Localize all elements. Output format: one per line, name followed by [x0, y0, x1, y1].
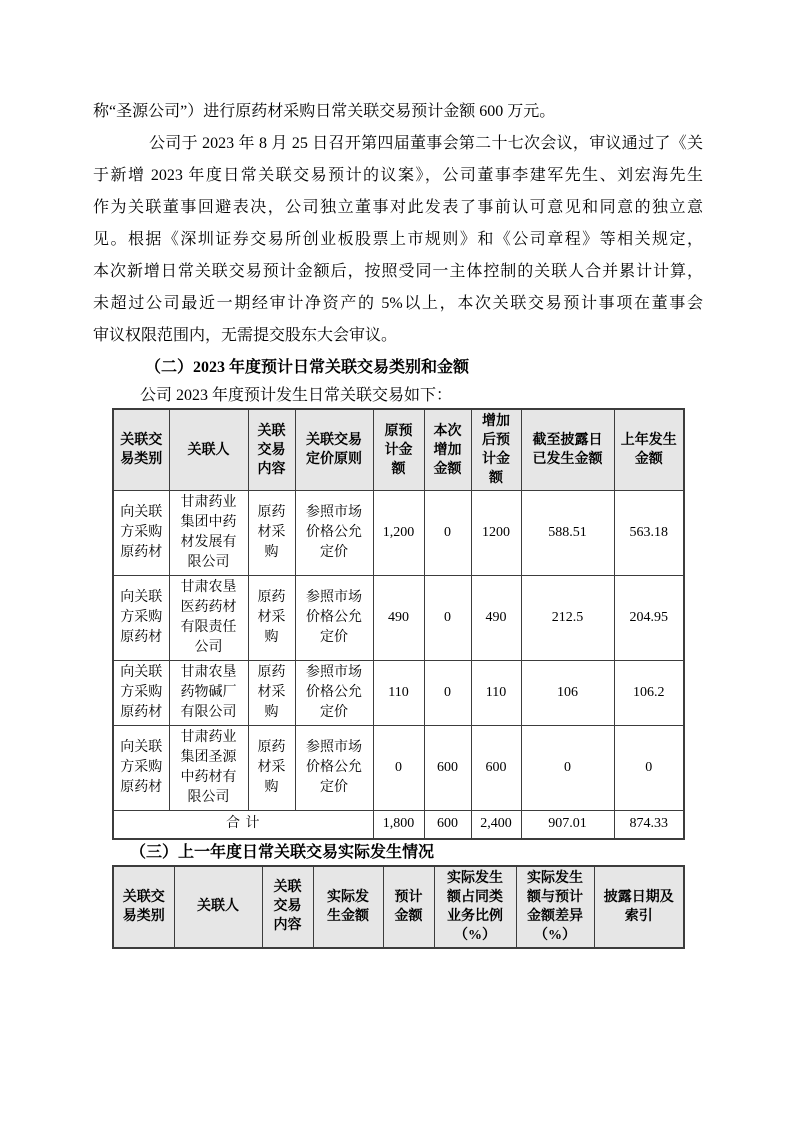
cell-incurred-amount: 588.51 — [521, 491, 614, 576]
cell-category: 向关联方采购原药材 — [113, 726, 169, 811]
header-cell-disclosure-index: 披露日期及索引 — [594, 866, 684, 948]
paragraph-board-meeting: 公司于 2023 年 8 月 25 日召开第四届董事会第二十七次会议，审议通过了… — [93, 128, 703, 352]
header-cell-estimated-amount: 预计金额 — [383, 866, 434, 948]
total-original-amount: 1,800 — [373, 811, 424, 839]
cell-incurred-amount: 0 — [521, 726, 614, 811]
paragraph-line: 公司于 2023 年 8 月 25 日召开第四届董事会第二十七次会议，审议通过了… — [93, 128, 703, 160]
cell-pricing: 参照市场价格公允定价 — [295, 661, 373, 726]
cell-last-year-amount: 204.95 — [614, 576, 684, 661]
paragraph-line: 见。根据《深圳证券交易所创业板股票上市规则》和《公司章程》等相关规定， — [93, 224, 703, 256]
cell-category: 向关联方采购原药材 — [113, 661, 169, 726]
cell-category: 向关联方采购原药材 — [113, 576, 169, 661]
total-added-amount: 600 — [424, 811, 471, 839]
cell-original-amount: 0 — [373, 726, 424, 811]
paragraph-line: 审议权限范围内，无需提交股东大会审议。 — [93, 320, 703, 352]
cell-added-amount: 0 — [424, 576, 471, 661]
header-cell-content: 关联交易内容 — [262, 866, 313, 948]
cell-original-amount: 1,200 — [373, 491, 424, 576]
cell-category: 向关联方采购原药材 — [113, 491, 169, 576]
cell-added-amount: 0 — [424, 491, 471, 576]
cell-after-amount: 110 — [471, 661, 521, 726]
cell-incurred-amount: 106 — [521, 661, 614, 726]
header-cell-pricing: 关联交易定价原则 — [295, 409, 373, 491]
cell-related-party: 甘肃农垦医药药材有限责任公司 — [169, 576, 248, 661]
total-last-year-amount: 874.33 — [614, 811, 684, 839]
document-page: 称“圣源公司”）进行原药材采购日常关联交易预计金额 600 万元。 公司于 20… — [0, 0, 793, 1122]
total-incurred-amount: 907.01 — [521, 811, 614, 839]
header-cell-content: 关联交易内容 — [248, 409, 295, 491]
paragraph-line: 于新增 2023 年度日常关联交易预计的议案》，公司董事李建军先生、刘宏海先生 — [93, 160, 703, 192]
table-row: 向关联方采购原药材 甘肃农垦医药药材有限责任公司 原药材采购 参照市场价格公允定… — [113, 576, 684, 661]
total-label: 合 计 — [113, 811, 373, 839]
paragraph-line: 作为关联董事回避表决，公司独立董事对此发表了事前认可意见和同意的独立意 — [93, 192, 703, 224]
forecast-table: 关联交易类别 关联人 关联交易内容 关联交易定价原则 原预计金额 本次增加金额 … — [112, 408, 685, 840]
cell-content: 原药材采购 — [248, 491, 295, 576]
paragraph-line: 本次新增日常关联交易预计金额后，按照受同一主体控制的关联人合并累计计算， — [93, 256, 703, 288]
document-content: 称“圣源公司”）进行原药材采购日常关联交易预计金额 600 万元。 公司于 20… — [93, 96, 703, 949]
header-cell-actual-amount: 实际发生金额 — [313, 866, 383, 948]
cell-original-amount: 110 — [373, 661, 424, 726]
forecast-header-row: 关联交易类别 关联人 关联交易内容 关联交易定价原则 原预计金额 本次增加金额 … — [113, 409, 684, 491]
paragraph-line: 未超过公司最近一期经审计净资产的 5%以上，本次关联交易预计事项在董事会 — [93, 288, 703, 320]
actual-table: 关联交易类别 关联人 关联交易内容 实际发生金额 预计金额 实际发生额占同类业务… — [112, 865, 685, 949]
cell-incurred-amount: 212.5 — [521, 576, 614, 661]
header-cell-incurred-amount: 截至披露日已发生金额 — [521, 409, 614, 491]
continuation-line: 称“圣源公司”）进行原药材采购日常关联交易预计金额 600 万元。 — [93, 96, 703, 128]
header-cell-added-amount: 本次增加金额 — [424, 409, 471, 491]
cell-pricing: 参照市场价格公允定价 — [295, 576, 373, 661]
cell-content: 原药材采购 — [248, 661, 295, 726]
header-cell-last-year-amount: 上年发生金额 — [614, 409, 684, 491]
cell-last-year-amount: 0 — [614, 726, 684, 811]
header-cell-category: 关联交易类别 — [113, 409, 169, 491]
total-row: 合 计 1,800 600 2,400 907.01 874.33 — [113, 811, 684, 839]
section-heading-actual: （三）上一年度日常关联交易实际发生情况 — [93, 841, 703, 865]
header-cell-category: 关联交易类别 — [113, 866, 174, 948]
cell-last-year-amount: 106.2 — [614, 661, 684, 726]
cell-related-party: 甘肃农垦药物碱厂有限公司 — [169, 661, 248, 726]
table-row: 向关联方采购原药材 甘肃药业集团圣源中药材有限公司 原药材采购 参照市场价格公允… — [113, 726, 684, 811]
header-cell-original-amount: 原预计金额 — [373, 409, 424, 491]
section-heading-forecast: （二）2023 年度预计日常关联交易类别和金额 — [93, 352, 703, 384]
cell-after-amount: 600 — [471, 726, 521, 811]
header-cell-ratio: 实际发生额占同类业务比例（%） — [434, 866, 516, 948]
table-row: 向关联方采购原药材 甘肃药业集团中药材发展有限公司 原药材采购 参照市场价格公允… — [113, 491, 684, 576]
header-cell-difference: 实际发生额与预计金额差异（%） — [516, 866, 594, 948]
cell-after-amount: 490 — [471, 576, 521, 661]
total-after-amount: 2,400 — [471, 811, 521, 839]
cell-pricing: 参照市场价格公允定价 — [295, 726, 373, 811]
forecast-table-intro: 公司 2023 年度预计发生日常关联交易如下： — [93, 384, 703, 408]
table-row: 向关联方采购原药材 甘肃农垦药物碱厂有限公司 原药材采购 参照市场价格公允定价 … — [113, 661, 684, 726]
cell-added-amount: 600 — [424, 726, 471, 811]
cell-added-amount: 0 — [424, 661, 471, 726]
cell-original-amount: 490 — [373, 576, 424, 661]
header-cell-related-party: 关联人 — [174, 866, 262, 948]
header-cell-after-amount: 增加后预计金额 — [471, 409, 521, 491]
actual-header-row: 关联交易类别 关联人 关联交易内容 实际发生金额 预计金额 实际发生额占同类业务… — [113, 866, 684, 948]
cell-content: 原药材采购 — [248, 576, 295, 661]
cell-related-party: 甘肃药业集团圣源中药材有限公司 — [169, 726, 248, 811]
cell-pricing: 参照市场价格公允定价 — [295, 491, 373, 576]
cell-after-amount: 1200 — [471, 491, 521, 576]
cell-related-party: 甘肃药业集团中药材发展有限公司 — [169, 491, 248, 576]
cell-content: 原药材采购 — [248, 726, 295, 811]
header-cell-related-party: 关联人 — [169, 409, 248, 491]
cell-last-year-amount: 563.18 — [614, 491, 684, 576]
